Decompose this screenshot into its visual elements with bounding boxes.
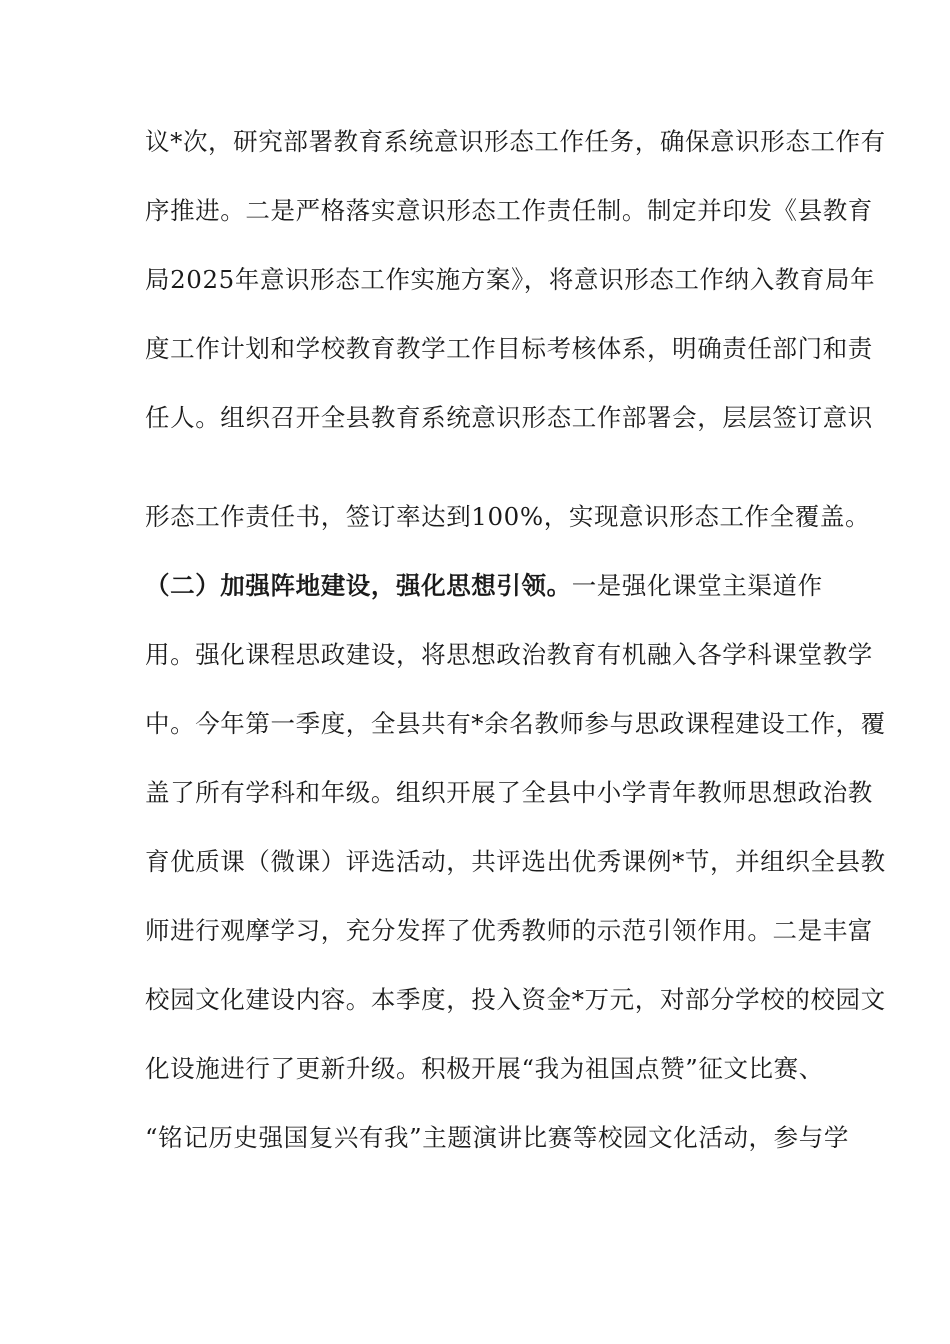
paragraph-line-12: 师进行观摩学习，充分发挥了优秀教师的示范引领作用。二是丰富 xyxy=(145,914,810,948)
paragraph-line-11: 育优质课（微课）评选活动，共评选出优秀课例*节，并组织全县教 xyxy=(145,845,810,879)
paragraph-line-2: 序推进。二是严格落实意识形态工作责任制。制定并印发《县教育 xyxy=(145,194,810,228)
paragraph-line-9: 中。今年第一季度，全县共有*余名教师参与思政课程建设工作，覆 xyxy=(145,707,810,741)
section-heading-continuation: 一是强化课堂主渠道作 xyxy=(572,571,823,600)
paragraph-line-13: 校园文化建设内容。本季度，投入资金*万元，对部分学校的校园文 xyxy=(145,983,810,1017)
paragraph-line-4: 度工作计划和学校教育教学工作目标考核体系，明确责任部门和责 xyxy=(145,332,810,366)
paragraph-line-14: 化设施进行了更新升级。积极开展“我为祖国点赞”征文比赛、 xyxy=(145,1052,810,1086)
paragraph-line-3: 局2025年意识形态工作实施方案》，将意识形态工作纳入教育局年 xyxy=(145,263,810,297)
paragraph-line-10: 盖了所有学科和年级。组织开展了全县中小学青年教师思想政治教 xyxy=(145,776,810,810)
paragraph-line-1: 议*次，研究部署教育系统意识形态工作任务，确保意识形态工作有 xyxy=(145,125,810,159)
section-heading-line: （二）加强阵地建设，强化思想引领。一是强化课堂主渠道作 xyxy=(145,569,810,603)
paragraph-line-8: 用。强化课程思政建设，将思想政治教育有机融入各学科课堂教学 xyxy=(145,638,810,672)
document-page: 议*次，研究部署教育系统意识形态工作任务，确保意识形态工作有 序推进。二是严格落… xyxy=(0,0,950,1344)
paragraph-line-6: 形态工作责任书，签订率达到100%，实现意识形态工作全覆盖。 xyxy=(145,500,810,534)
paragraph-line-15: “铭记历史强国复兴有我”主题演讲比赛等校园文化活动，参与学 xyxy=(145,1121,810,1155)
paragraph-line-5: 任人。组织召开全县教育系统意识形态工作部署会，层层签订意识 xyxy=(145,401,810,435)
section-heading: （二）加强阵地建设，强化思想引领。 xyxy=(145,571,572,600)
